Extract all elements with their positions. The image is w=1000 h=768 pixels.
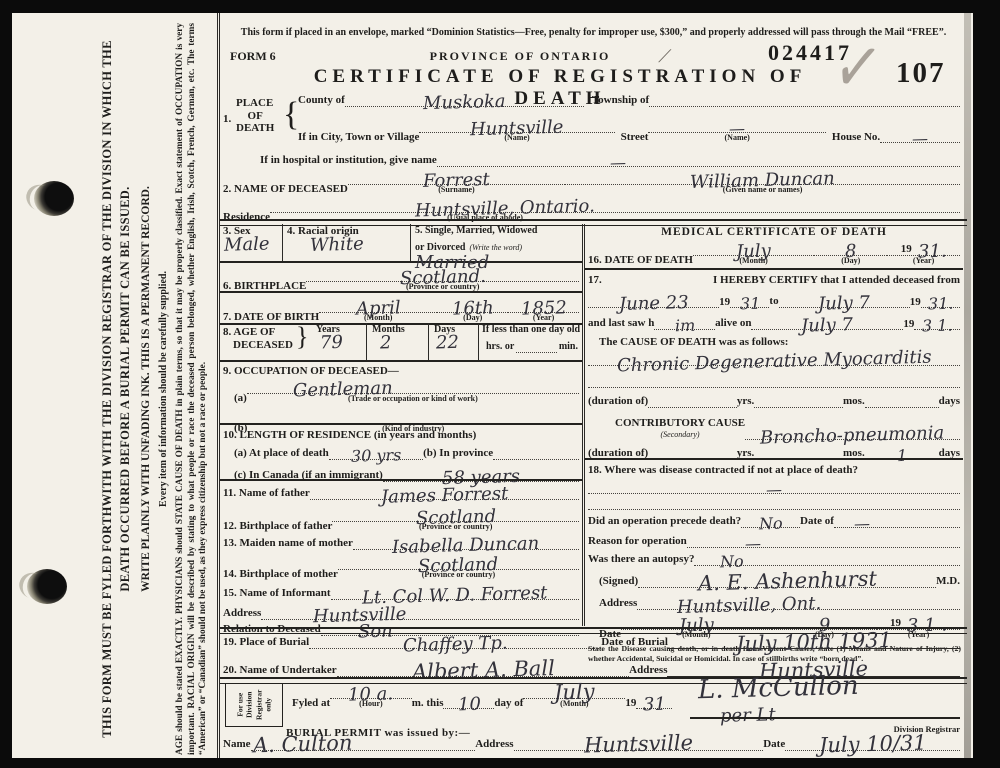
med-address-label: Address — [599, 597, 637, 610]
cause-value: Chronic Degenerative Myocarditis — [617, 350, 932, 372]
s16-month-field: July (Month) — [693, 242, 814, 266]
registrar-box-line1: For use — [235, 690, 244, 720]
contrib-label: CONTRIBUTORY CAUSE — [615, 417, 745, 430]
s15-address-field: Huntsville — [261, 606, 579, 620]
reason-value: — — [745, 538, 761, 550]
cause-blank-field — [588, 374, 960, 388]
s17-alive-year: 3 1. — [922, 320, 953, 333]
margin-instruction-ink: WRITE PLAINLY WITH UNFADING INK. THIS IS… — [140, 23, 152, 755]
autopsy-value: No — [720, 556, 744, 569]
s5-caption: (Write the word) — [469, 243, 522, 252]
scanned-certificate-page: THIS FORM MUST BE FYLED FORTHWITH WITH T… — [12, 13, 973, 758]
s13-field: Isabella Duncan — [353, 536, 579, 550]
fyled-month-value: July — [554, 685, 595, 702]
signed-field: A. E. Ashenhurst — [638, 574, 936, 588]
s2-label: 2. NAME OF DECEASED — [223, 183, 348, 196]
contrib-field: Broncho-pneumonia — [745, 426, 960, 440]
s8-label-line1: 8. AGE OF — [223, 326, 293, 339]
age-months-cell: Months 2 — [366, 323, 429, 360]
med-address-value: Huntsville, Ont. — [676, 596, 821, 614]
autopsy-field: No — [694, 552, 960, 566]
fyled-mthis-label: m. this — [412, 697, 444, 710]
s18-blank-field — [588, 496, 960, 510]
s17-alive-value: July 7 — [801, 318, 853, 333]
s12-label: 12. Birthplace of father — [223, 520, 332, 533]
s1-city-label: If in City, Town or Village — [298, 131, 419, 144]
province-heading: PROVINCE OF ONTARIO — [360, 50, 680, 64]
duration1-mos-label: mos. — [843, 395, 865, 408]
fyled-day-field: 10 — [443, 695, 494, 709]
registrar-box-line3: Registrar — [254, 690, 263, 720]
s17-to-label: to — [769, 295, 778, 308]
s20-label: 20. Name of Undertaker — [223, 664, 337, 677]
operation-label: Did an operation precede death? — [588, 515, 741, 528]
s17-number: 17. — [588, 274, 602, 287]
fyled-hour-field: 10 a. (Hour) — [330, 685, 412, 709]
rule-under-s6 — [220, 291, 582, 293]
age-row: 8. AGE OF DECEASED } Years 79 Months 2 D… — [220, 323, 582, 362]
duration1-yrs-label: yrs. — [737, 395, 754, 408]
s1-place-of-death-label: PLACE OF DEATH — [236, 97, 274, 135]
medical-certificate-title: MEDICAL CERTIFICATE OF DEATH — [585, 226, 963, 239]
s7-month-value: April — [356, 301, 401, 316]
rule-under-durations — [585, 458, 963, 460]
s9-a-value: Gentleman — [293, 381, 393, 397]
s4-value: White — [282, 236, 410, 253]
duration2-days-value: 1 — [896, 450, 907, 462]
s17-from-field: June 23 — [588, 294, 719, 308]
fyled-label: Fyled at — [292, 697, 330, 710]
s9-label: 9. OCCUPATION OF DECEASED— — [223, 365, 399, 378]
autopsy-label: Was there an autopsy? — [588, 553, 694, 566]
s16-day-value: 8 — [845, 244, 857, 258]
s15-address-label: Address — [223, 607, 261, 620]
s1-brace: { — [283, 101, 299, 128]
s1-county-value: Muskoka — [423, 94, 506, 110]
s6-value: Scotland. — [400, 269, 486, 285]
form-number: FORM 6 — [230, 50, 276, 64]
s10-a-label: (a) At place of death — [234, 447, 329, 460]
s1-of-word: OF — [236, 110, 274, 123]
s8-years-value: 79 — [310, 335, 366, 350]
s13-value: Isabella Duncan — [392, 536, 540, 554]
s8-brace: } — [296, 327, 308, 348]
s15-field: Lt. Col W. D. Forrest — [331, 586, 579, 600]
age-lessthanday-cell: If less than one day old hrs. or min. — [478, 323, 582, 360]
s9-a-label: (a) — [234, 392, 247, 405]
reason-label: Reason for operation — [588, 535, 687, 548]
page-number: 107 — [896, 57, 946, 90]
s10-c-value: 58 years — [442, 469, 520, 485]
s6-field: Scotland. (Province or country) — [306, 268, 579, 292]
s11-value: James Forrest — [381, 487, 509, 504]
operation-date-field: — — [834, 514, 960, 528]
s1-city-field: Huntsville (Name) — [419, 119, 614, 143]
fyled-hour-value: 10 a. — [348, 687, 393, 702]
left-column: 3. Sex Male 4. Racial origin White 5. Si… — [220, 224, 585, 626]
rule-under-s10 — [220, 479, 582, 481]
s19-label: 19. Place of Burial — [223, 636, 309, 649]
s17-from-value: June 23 — [619, 296, 689, 311]
s2-given-value: William Duncan — [690, 171, 835, 189]
fyled-dayof-label: day of — [494, 697, 523, 710]
s17-from-year-field: 31 — [730, 294, 769, 308]
registrar-use-box: For use Division Registrar only — [225, 683, 283, 727]
s1-place-word: PLACE — [236, 97, 274, 110]
s19-date-field: July 10th 1931 — [668, 635, 960, 649]
fyled-year-value: 31 — [643, 698, 666, 712]
signed-value: A. E. Ashenhurst — [698, 572, 877, 593]
s1-house-label: House No. — [832, 131, 880, 144]
med-address-field: Huntsville, Ont. — [637, 596, 960, 610]
s19-date-value: July 10th 1931 — [736, 633, 892, 653]
s7-day-field: 16th (Day) — [437, 299, 508, 323]
s8-hrs-label: hrs. or — [486, 341, 514, 353]
s12-field: Scotland (Province or country) — [332, 508, 579, 532]
s17-to-year-field: 31. — [921, 294, 960, 308]
md-label: M.D. — [936, 575, 960, 588]
permit-address-value: Huntsville — [584, 736, 693, 755]
certificate-form: This form if placed in an envelope, mark… — [217, 13, 967, 758]
registrar-box-line4: only — [263, 690, 272, 720]
s7-day-value: 16th — [452, 301, 494, 316]
cause-label: The CAUSE OF DEATH was as follows: — [599, 336, 788, 349]
s10-b-field — [493, 446, 579, 460]
s20-field: Albert A. Ball — [337, 663, 630, 677]
s1-township-field — [649, 93, 960, 107]
s7-year-value: 1852 — [520, 301, 566, 316]
cause-field: Chronic Degenerative Myocarditis — [588, 352, 960, 366]
s18-value: — — [766, 484, 782, 496]
registrar-box-line2: Division — [245, 690, 254, 720]
permit-address-label: Address — [475, 738, 513, 751]
duration1-yrs-field — [648, 394, 737, 408]
s19-field: Chaffey Tp. — [309, 635, 601, 649]
s2-surname-field: Forrest (Surname) — [348, 171, 565, 195]
s16-day-field: 8 (Day) — [814, 242, 887, 266]
s17-from-year: 31 — [739, 298, 760, 311]
s2-given-field: William Duncan (Given name or names) — [565, 171, 960, 195]
s8-min-label: min. — [559, 341, 578, 353]
s1-hospital-value: — — [610, 157, 626, 169]
s1-death-word: DEATH — [236, 122, 274, 135]
s17-aliveon-label: alive on — [715, 317, 751, 330]
s8-months-header: Months — [366, 323, 428, 336]
margin-instruction-age: AGE should be stated EXACTLY. PHYSICIANS… — [175, 23, 210, 755]
s17-from-year-prefix: 19 — [719, 297, 730, 308]
s19-value: Chaffey Tp. — [403, 636, 508, 652]
s1-street-value: — — [729, 123, 745, 135]
age-days-cell: Days 22 — [428, 323, 479, 360]
s13-label: 13. Maiden name of mother — [223, 537, 353, 550]
punch-hole-bottom — [27, 569, 67, 604]
duration1-days-label: days — [939, 395, 960, 408]
s1-street-field: — (Name) — [648, 119, 825, 143]
s10-a-value: 30 yrs — [351, 449, 402, 462]
s19-date-label: Date of Burial — [601, 636, 668, 649]
s1-street-label: Street — [621, 131, 649, 144]
fyled-day-value: 10 — [457, 698, 480, 712]
s2-residence-value: Huntsville, Ontario. — [415, 199, 595, 218]
s18-field: — — [588, 480, 960, 494]
fyled-year-field: 31 — [636, 695, 672, 709]
sex-race-marital-row: 3. Sex Male 4. Racial origin White 5. Si… — [220, 224, 582, 263]
racial-origin-cell: 4. Racial origin White — [282, 224, 411, 261]
s1-township-label: Township of — [592, 94, 649, 107]
s10-label: 10. LENGTH OF RESIDENCE (in years and mo… — [223, 429, 476, 442]
s17-to-value: July 7 — [818, 296, 870, 311]
s5-label: 5. Single, Married, Widowed — [410, 224, 582, 237]
s8-months-value: 2 — [366, 335, 428, 350]
s8-label: 8. AGE OF DECEASED — [223, 326, 293, 351]
s17-to-year-prefix: 19 — [910, 297, 921, 308]
permit-date-label: Date — [763, 738, 785, 751]
s17-to-field: July 7 — [779, 294, 910, 308]
s17-lastsaw-label: and last saw h — [588, 317, 654, 330]
s16-year-prefix: 19 — [901, 244, 912, 255]
contrib-caption: (Secondary) — [615, 430, 745, 440]
s8-label-line2: DECEASED — [223, 339, 293, 352]
contrib-label-wrap: CONTRIBUTORY CAUSE (Secondary) — [615, 417, 745, 440]
age-years-cell: Years 79 — [310, 323, 367, 360]
fyled-month-field: July (Month) — [523, 685, 625, 709]
s16-year-field: 1931. (Year) — [887, 242, 960, 266]
rule-under-s16 — [585, 268, 963, 270]
s16-label: 16. DATE OF DEATH — [588, 254, 693, 267]
medical-certificate-column: MEDICAL CERTIFICATE OF DEATH 16. DATE OF… — [585, 224, 963, 626]
contrib-value: Broncho-pneumonia — [760, 426, 945, 445]
s9-a-field: Gentleman (Trade or occupation or kind o… — [247, 380, 579, 404]
s1-city-value: Huntsville — [470, 120, 564, 136]
s7-year-field: 1852 (Year) — [508, 299, 579, 323]
s10-b-label: (b) In province — [423, 447, 493, 460]
sex-cell: 3. Sex Male — [220, 224, 283, 261]
s1-number: 1. — [223, 113, 231, 126]
punch-hole-top — [34, 181, 74, 216]
s11-field: James Forrest — [310, 486, 579, 500]
s20-address-label: Address — [629, 664, 667, 677]
operation-value: No — [759, 518, 783, 531]
s1-house-value: — — [912, 133, 928, 145]
s11-label: 11. Name of father — [223, 487, 310, 500]
s17-him-field: im — [654, 316, 715, 330]
s15-label: 15. Name of Informant — [223, 587, 331, 600]
margin-instruction-items: Every item of information should be care… — [158, 23, 169, 755]
s17-label: I HEREBY CERTIFY that I attended decease… — [713, 274, 960, 287]
s1-county-field: Muskoka — [345, 93, 584, 107]
s16-year-value: 31. — [918, 244, 947, 258]
permit-date-value: July 10/31 — [819, 736, 927, 755]
duration1-mos-field — [754, 394, 843, 408]
s14-field: Scotland (Province or country) — [338, 556, 579, 580]
s16-month-value: July — [736, 244, 771, 258]
fyled-year-prefix: 19 — [625, 698, 636, 709]
margin-instructions: THIS FORM MUST BE FYLED FORTHWITH WITH T… — [98, 23, 210, 755]
s2-surname-value: Forrest — [423, 173, 490, 188]
s14-label: 14. Birthplace of mother — [223, 568, 338, 581]
s17-to-year: 31. — [927, 298, 953, 311]
s15-value: Lt. Col W. D. Forrest — [362, 586, 548, 605]
s7-month-field: April (Month) — [319, 299, 437, 323]
s14-value: Scotland — [418, 557, 498, 573]
permit-name-value: A. Culton — [253, 736, 353, 755]
s5-label2: or Divorced — [415, 242, 465, 253]
duration1-label: (duration of) — [588, 395, 648, 408]
s17-alive-year-field: 3 1. — [914, 316, 960, 330]
permit-address-field: Huntsville — [514, 737, 764, 751]
s1-house-field: — — [880, 129, 960, 143]
s12-value: Scotland — [415, 509, 495, 525]
s8-days-value: 22 — [428, 335, 478, 350]
signed-label: (Signed) — [599, 575, 638, 588]
s1-hospital-field: — — [437, 153, 960, 167]
rule-under-s9 — [220, 423, 582, 425]
permit-name-field: A. Culton — [251, 737, 476, 751]
s8-note: If less than one day old — [478, 323, 582, 336]
s10-a-field: 30 yrs — [329, 446, 423, 460]
division-registrar-signature: L. McCullon — [698, 677, 859, 701]
s17-him-value: im — [674, 320, 695, 333]
operation-date-label: Date of — [800, 515, 834, 528]
permit-name-label: Name — [223, 738, 251, 751]
permit-date-field: July 10/31 — [785, 737, 960, 751]
s1-county-label: County of — [298, 94, 345, 107]
s1-hospital-label: If in hospital or institution, give name — [260, 154, 437, 167]
s3-value: Male — [220, 237, 282, 252]
reason-field: — — [687, 534, 960, 548]
s17-alive-field: July 7 — [751, 316, 903, 330]
operation-date-value: — — [854, 518, 870, 530]
s18-label: 18. Where was disease contracted if not … — [588, 464, 858, 477]
margin-instruction-filing: THIS FORM MUST BE FYLED FORTHWITH WITH T… — [98, 23, 134, 755]
marital-cell: 5. Single, Married, Widowed or Divorced … — [410, 224, 582, 261]
duration1-days-field — [865, 394, 939, 408]
s17-alive-year-prefix: 19 — [903, 319, 914, 330]
operation-field: No — [741, 514, 800, 528]
